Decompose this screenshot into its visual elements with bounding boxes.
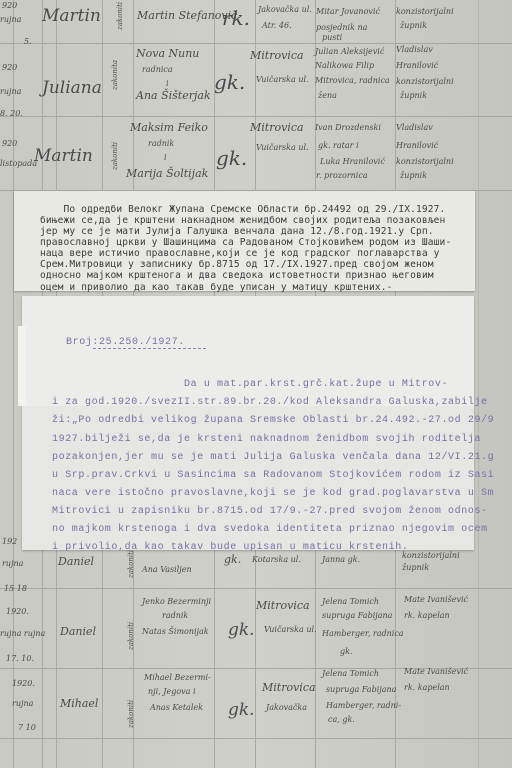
- reference-number: Broj:25.250./1927.: [66, 338, 185, 348]
- reference-underline: [93, 348, 206, 349]
- baptism-day: 15 18: [4, 585, 27, 593]
- residence: Mitrovica: [262, 682, 316, 693]
- annotation-line: ži:„Po odredbi velikog župana Sremske Ob…: [52, 416, 494, 426]
- residence: Vuičarska ul.: [256, 144, 309, 152]
- annotation-line: јер му се је мати Јулија Галушка венчала…: [40, 227, 434, 237]
- parent-occupation: radnica: [142, 66, 173, 74]
- annotation-line: оцем и приволио да као такав буде уписан…: [40, 283, 393, 293]
- priest: konzistorijalni: [396, 78, 454, 86]
- godparent: gk. ratar i: [318, 142, 359, 150]
- godparent: posjednik na: [316, 24, 367, 32]
- ledger-row-divider: [0, 738, 512, 739]
- birth-date: 192: [2, 538, 17, 546]
- annotation-line: naca vere istočno pravoslavne,koji se je…: [52, 489, 494, 499]
- child-name: Martin: [42, 8, 101, 25]
- priest: župnik: [402, 564, 429, 572]
- godparent: supruga Fabijana: [322, 612, 392, 620]
- parent-occupation: radnik: [162, 612, 188, 620]
- annotation-line: pozakonjen,jer mu se je mati Julija Galu…: [52, 453, 494, 463]
- annotation-line: 1927.bilježi se,da je krsteni naknadnom …: [52, 435, 481, 445]
- conjunction: i: [166, 80, 169, 88]
- annotation-line: Da u mat.par.krst.grč.kat.župe u Mitrov-: [52, 380, 448, 390]
- godparent: gk.: [340, 648, 353, 656]
- priest: konzistorijalni: [396, 158, 454, 166]
- priest: rk. kapelan: [404, 684, 450, 692]
- godparent: supruga Fabijana: [326, 686, 396, 694]
- child-name: Martin: [34, 148, 93, 165]
- godparent: Nalikowa Filip: [315, 62, 374, 70]
- residence: Kotarska ul.: [252, 556, 301, 564]
- priest: župnik: [400, 92, 427, 100]
- godparent: pusti: [322, 34, 342, 42]
- annotation-line: православној цркви у Шашинцима са Радова…: [40, 238, 451, 248]
- godparent: Janna gk.: [322, 556, 360, 564]
- birth-date: 1920.: [12, 680, 35, 688]
- godparent: Hamberger, radnica: [322, 630, 404, 638]
- birth-month: rujna: [2, 560, 23, 568]
- residence: Jakovačka ul.: [258, 6, 312, 14]
- godparent: Mitrovica, radnica: [315, 77, 390, 85]
- godparent: žena: [318, 92, 337, 100]
- child-name: Mihael: [60, 698, 98, 709]
- priest: Hranilović: [396, 142, 438, 150]
- baptism-day: 5.: [24, 38, 32, 46]
- latin-annotation-slip: Broj:25.250./1927. Da u mat.par.krst.grč…: [22, 296, 474, 550]
- child-name: Daniel: [60, 626, 96, 637]
- annotation-line: Mitrovici u zapisniku br.8715.od 17/9.-2…: [52, 507, 488, 517]
- religion: gk.: [216, 148, 247, 168]
- annotation-line: i za god.1920./svezII.str.89.br.20./kod …: [52, 398, 488, 408]
- legitimacy: zakoniti: [117, 2, 124, 30]
- parent-name: Mihael Bezermi-: [144, 674, 211, 682]
- conjunction: i: [164, 154, 167, 162]
- priest: Mate Ivanišević: [404, 596, 468, 604]
- religion: rk.: [222, 8, 250, 28]
- child-name: Daniel: [58, 556, 94, 567]
- tape-strip: [18, 326, 26, 406]
- residence: Mitrovica: [250, 122, 304, 133]
- birth-date: 920: [2, 2, 17, 10]
- annotation-line: i privolio,da kao takav bude upisan u ma…: [52, 543, 408, 553]
- baptism-day: 8. 20.: [0, 110, 23, 118]
- annotation-line: u Srp.prav.Crkvi u Sasincima sa Radovano…: [52, 471, 494, 481]
- priest: Vladislav: [396, 46, 433, 54]
- priest: Vladislav: [396, 124, 433, 132]
- godparent: Hamberger, radni-: [326, 702, 401, 710]
- priest: župnik: [400, 172, 427, 180]
- baptism-day: 17. 10.: [6, 655, 34, 663]
- godparent: Jelena Tomich: [322, 598, 379, 606]
- parent-name: Anas Ketalek: [150, 704, 203, 712]
- parent-name: nji, Jegova i: [148, 688, 196, 696]
- legitimacy: zakoniti: [128, 700, 135, 728]
- godparent: Ivan Drozdenski: [315, 124, 381, 132]
- annotation-line: Срем.Митровици у записнику бр.8715 од 17…: [40, 260, 434, 270]
- annotation-line: no majkom krstenoga i dva svedoka identi…: [52, 525, 488, 535]
- godparent: Jelena Tomich: [322, 670, 379, 678]
- parent-name: Natas Šimonijak: [142, 628, 209, 636]
- birth-month: rujna: [0, 88, 21, 96]
- priest: župnik: [400, 22, 427, 30]
- legitimacy: zakoniti: [128, 622, 135, 650]
- priest: Hranilović: [396, 62, 438, 70]
- child-name: Juliana: [42, 80, 102, 97]
- legitimacy: zakoniti: [128, 550, 135, 578]
- baptism-day: 7 10: [18, 724, 36, 732]
- residence: Mitrovica: [250, 50, 304, 61]
- godparent: Luka Hranilović: [320, 158, 385, 166]
- priest: Mate Ivanišević: [404, 668, 468, 676]
- residence: Vuičarska ul.: [264, 626, 317, 634]
- birth-date: 920: [2, 64, 17, 72]
- birth-date: 1920.: [6, 608, 29, 616]
- birth-month: rujna: [0, 16, 21, 24]
- parent-name: Nova Nunu: [136, 48, 199, 59]
- religion: gk.: [214, 72, 245, 92]
- priest: konzistorijalni: [402, 552, 460, 560]
- birth-month: rujna: [12, 700, 33, 708]
- religion: gk.: [228, 622, 255, 639]
- parent-name: Ana Vasiljen: [142, 566, 192, 574]
- priest: konzistorijalni: [396, 8, 454, 16]
- godparent: Mitar Jovanović: [316, 8, 380, 16]
- ledger-row-divider: [0, 588, 512, 589]
- parent-occupation: radnik: [148, 140, 174, 148]
- birth-date: 920: [2, 140, 17, 148]
- legitimacy: zakonita: [112, 60, 119, 90]
- annotation-line: односно мајком крштенога и два сведока и…: [40, 271, 434, 281]
- residence: Jakovačka: [266, 704, 307, 712]
- residence: Vuičarska ul.: [256, 76, 309, 84]
- godparent: Julian Aleksijević: [315, 48, 384, 56]
- cyrillic-annotation-slip: По одредби Велокг Жупана Сремске Области…: [14, 191, 475, 291]
- residence: Atr. 46.: [262, 22, 292, 30]
- parent-name: Ana Šišterjak: [136, 90, 211, 101]
- ledger-row-divider: [0, 43, 512, 44]
- religion: gk.: [224, 554, 241, 565]
- residence: Mitrovica: [256, 600, 310, 611]
- godparent: ca, gk.: [328, 716, 355, 724]
- birth-month: listopada: [0, 160, 37, 168]
- annotation-line: бињежи се,да је крштени накнадном женидб…: [40, 216, 445, 226]
- parent-name: Marija Šoltijak: [126, 168, 208, 179]
- religion: gk.: [228, 702, 255, 719]
- parent-name: Jenko Bezerminji: [142, 598, 211, 606]
- ledger-row-divider: [0, 116, 512, 117]
- legitimacy: zakoniti: [112, 142, 119, 170]
- annotation-line: По одредби Велокг Жупана Сремске Области…: [40, 205, 445, 215]
- birth-month: rujna rujna: [0, 630, 45, 638]
- parent-name: Maksim Feiko: [130, 122, 208, 133]
- godparent: r. prozornica: [316, 172, 368, 180]
- priest: rk. kapelan: [404, 612, 450, 620]
- annotation-line: наца вере истичио православне,који се је…: [40, 249, 440, 259]
